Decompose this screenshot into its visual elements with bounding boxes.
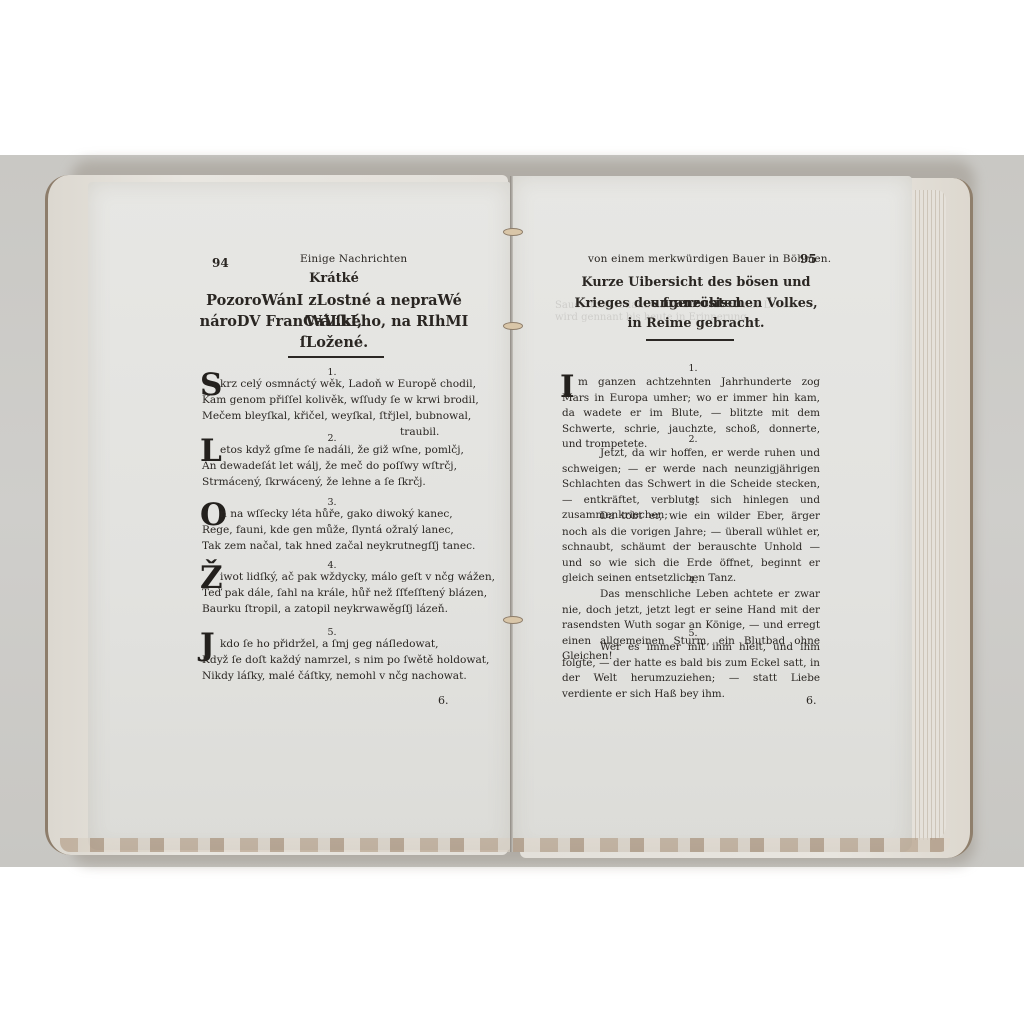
paragraph-number: 1.: [678, 363, 708, 374]
prose-paragraph: Da tobt er, wie ein wilder Eber, ärger n…: [562, 509, 820, 581]
verse-line: Když ſe doſt každý namrzel, s nim po ſwě…: [202, 652, 489, 669]
verse-line: Tak zem načal, tak hned začal neykrutneg…: [202, 538, 475, 555]
verse-line: iwot lidſký, ač pak wždycky, málo geſt v…: [220, 569, 495, 586]
verse-line: krz celý osmnáctý wěk, Ladoň w Europě ch…: [220, 376, 476, 393]
prose-paragraph: Jetzt, da wir hoffen, er werde ruhen und…: [562, 446, 820, 502]
title-line: ſLožené.: [192, 332, 476, 353]
verse-line: n na wſſecky léta hůře, gako diwoký kane…: [220, 506, 453, 523]
paragraph-number: 3.: [678, 497, 708, 508]
verse-line: Teď pak dále, ſahl na krále, hůř než ſſť…: [202, 585, 487, 602]
verse-line: Strmácený, ſkrwácený, že lehne a ſe ſkrč…: [202, 474, 426, 491]
verse-line: Mečem bleyſkal, křičel, weyſkal, ſtřjlel…: [202, 408, 471, 425]
prose-paragraph: Wer es immer mit ihm hielt, und ihm folg…: [562, 640, 820, 700]
paragraph-number: 5.: [678, 628, 708, 639]
verse-line: traubil.: [400, 424, 439, 441]
book-gutter: [510, 176, 513, 852]
page-number: 94: [212, 256, 229, 270]
verse-line: Rege, fauni, kde gen může, ſlyntá ožralý…: [202, 522, 454, 539]
deckled-bottom-edge: [60, 838, 950, 852]
catchword: 6.: [806, 694, 817, 707]
title-line: in Reime gebracht.: [560, 313, 832, 334]
running-head: Einige Nachrichten: [300, 253, 407, 265]
title-line: Krieges des französischen Volkes,: [560, 293, 832, 314]
catchword: 6.: [438, 694, 449, 707]
page-edges: [912, 190, 946, 840]
title-rule: [288, 356, 384, 358]
paragraph-number: 4.: [678, 575, 708, 586]
title-line: nároDV FranCaVſkého, na RIhMI: [192, 311, 476, 332]
sewing-hole: [503, 322, 523, 330]
running-head: von einem merkwürdigen Bauer in Böhmen.: [588, 253, 831, 265]
sewing-hole: [503, 616, 523, 624]
verse-line: kdo ſe ho přidržel, a ſmj geg náſledowat…: [220, 636, 439, 653]
page-number: 95: [800, 252, 817, 266]
paragraph-number: 2.: [678, 434, 708, 445]
verse-line: etos když gſme ſe nadáli, že giž wſne, p…: [220, 442, 464, 459]
title-line: Krátké: [200, 271, 468, 286]
verse-line: Kam genom přiſſel kolivěk, wſſudy ſe w k…: [202, 392, 479, 409]
verse-line: Nikdy láſky, malé čáſtky, nemohl v nčg n…: [202, 668, 467, 685]
title-rule: [646, 339, 734, 341]
sewing-hole: [503, 228, 523, 236]
verse-line: Baurku ſtropil, a zatopil neykrwawěgſſj …: [202, 601, 448, 618]
verse-line: An dewadeſát let wálj, že meč do poſſwy …: [202, 458, 457, 475]
